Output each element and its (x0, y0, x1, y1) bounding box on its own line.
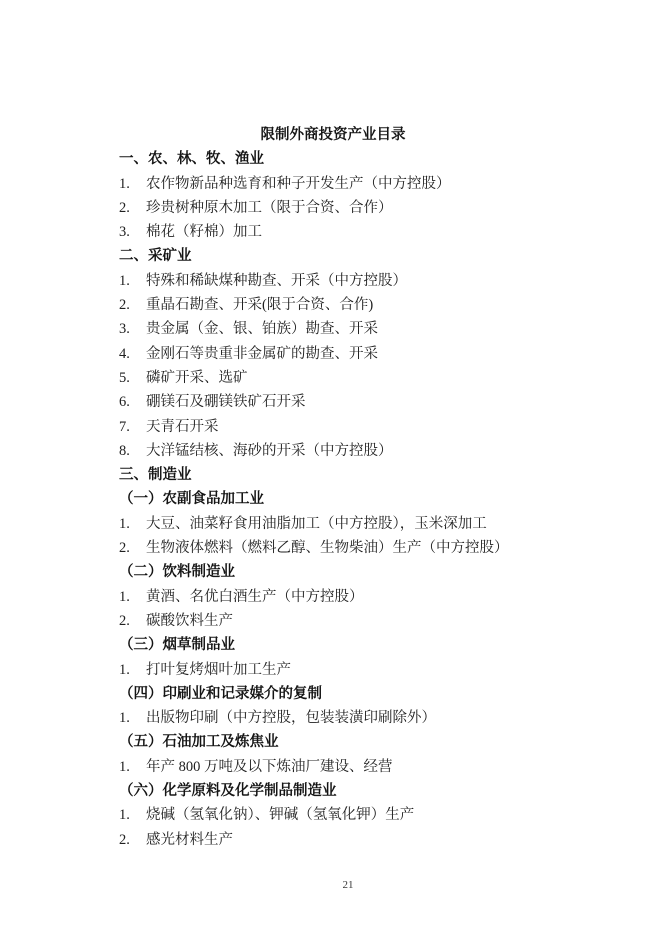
document-title: 限制外商投资产业目录 (119, 123, 547, 147)
list-item-number: 1. (119, 585, 146, 609)
list-item: 2.碳酸饮料生产 (119, 609, 547, 633)
list-item-text: 贵金属（金、银、铂族）勘查、开采 (146, 321, 378, 337)
list-item-text: 硼镁石及硼镁铁矿石开采 (146, 394, 306, 410)
list-item: 1.年产 800 万吨及以下炼油厂建设、经营 (119, 755, 547, 779)
list-item-number: 7. (119, 415, 146, 439)
list-item-number: 5. (119, 366, 146, 390)
list-item-text: 出版物印刷（中方控股，包装装潢印刷除外） (146, 710, 436, 726)
section-heading: 三、制造业 (119, 463, 547, 487)
list-item: 2.感光材料生产 (119, 828, 547, 852)
subsection-heading: （六）化学原料及化学制品制造业 (119, 779, 547, 803)
section-heading: 一、农、林、牧、渔业 (119, 147, 547, 171)
list-item-text: 棉花（籽棉）加工 (146, 224, 262, 240)
list-item-text: 黄酒、名优白酒生产（中方控股） (146, 589, 364, 605)
subsection-heading: （三）烟草制品业 (119, 633, 547, 657)
list-item-number: 1. (119, 658, 146, 682)
document-content: 限制外商投资产业目录 一、农、林、牧、渔业1.农作物新品种选育和种子开发生产（中… (119, 123, 547, 852)
list-item-text: 年产 800 万吨及以下炼油厂建设、经营 (146, 759, 393, 775)
list-item-text: 打叶复烤烟叶加工生产 (146, 662, 291, 678)
list-item-text: 天青石开采 (146, 419, 219, 435)
list-item-number: 2. (119, 609, 146, 633)
list-item-text: 重晶石勘查、开采(限于合资、合作) (146, 297, 373, 313)
list-item: 4.金刚石等贵重非金属矿的勘查、开采 (119, 342, 547, 366)
list-item-number: 2. (119, 293, 146, 317)
list-item-number: 3. (119, 220, 146, 244)
list-item-number: 6. (119, 390, 146, 414)
list-item: 1.大豆、油菜籽食用油脂加工（中方控股），玉米深加工 (119, 512, 547, 536)
list-item: 2.重晶石勘查、开采(限于合资、合作) (119, 293, 547, 317)
list-item-number: 1. (119, 706, 146, 730)
subsection-heading: （五）石油加工及炼焦业 (119, 730, 547, 754)
list-item: 1.特殊和稀缺煤种勘查、开采（中方控股） (119, 269, 547, 293)
list-item-text: 大豆、油菜籽食用油脂加工（中方控股），玉米深加工 (146, 516, 487, 532)
list-item-text: 生物液体燃料（燃料乙醇、生物柴油）生产（中方控股） (146, 540, 509, 556)
list-item-number: 3. (119, 317, 146, 341)
list-item-text: 金刚石等贵重非金属矿的勘查、开采 (146, 346, 378, 362)
list-item: 1.农作物新品种选育和种子开发生产（中方控股） (119, 172, 547, 196)
subsection-heading: （四）印刷业和记录媒介的复制 (119, 682, 547, 706)
list-item-number: 2. (119, 828, 146, 852)
document-page: 限制外商投资产业目录 一、农、林、牧、渔业1.农作物新品种选育和种子开发生产（中… (0, 0, 661, 936)
list-item-text: 磷矿开采、选矿 (146, 370, 248, 386)
list-item: 1.打叶复烤烟叶加工生产 (119, 658, 547, 682)
list-item-number: 1. (119, 755, 146, 779)
page-number: 21 (0, 879, 661, 891)
list-item-number: 1. (119, 269, 146, 293)
list-item-text: 烧碱（氢氧化钠）、钾碱（氢氧化钾）生产 (146, 807, 414, 823)
list-item-number: 8. (119, 439, 146, 463)
list-item-number: 1. (119, 512, 146, 536)
document-body: 一、农、林、牧、渔业1.农作物新品种选育和种子开发生产（中方控股）2.珍贵树种原… (119, 147, 547, 852)
subsection-heading: （二）饮料制造业 (119, 560, 547, 584)
list-item-text: 感光材料生产 (146, 832, 233, 848)
section-heading: 二、采矿业 (119, 244, 547, 268)
list-item: 7.天青石开采 (119, 415, 547, 439)
list-item: 2.珍贵树种原木加工（限于合资、合作） (119, 196, 547, 220)
list-item: 1.烧碱（氢氧化钠）、钾碱（氢氧化钾）生产 (119, 803, 547, 827)
list-item-text: 碳酸饮料生产 (146, 613, 233, 629)
list-item: 5.磷矿开采、选矿 (119, 366, 547, 390)
list-item-number: 2. (119, 196, 146, 220)
list-item-number: 2. (119, 536, 146, 560)
list-item-number: 4. (119, 342, 146, 366)
list-item-number: 1. (119, 172, 146, 196)
list-item-text: 珍贵树种原木加工（限于合资、合作） (146, 200, 393, 216)
list-item: 2.生物液体燃料（燃料乙醇、生物柴油）生产（中方控股） (119, 536, 547, 560)
list-item: 8.大洋锰结核、海砂的开采（中方控股） (119, 439, 547, 463)
subsection-heading: （一）农副食品加工业 (119, 487, 547, 511)
list-item-number: 1. (119, 803, 146, 827)
list-item: 3.棉花（籽棉）加工 (119, 220, 547, 244)
list-item-text: 特殊和稀缺煤种勘查、开采（中方控股） (146, 273, 407, 289)
list-item: 1.出版物印刷（中方控股，包装装潢印刷除外） (119, 706, 547, 730)
list-item: 6.硼镁石及硼镁铁矿石开采 (119, 390, 547, 414)
list-item-text: 大洋锰结核、海砂的开采（中方控股） (146, 443, 393, 459)
list-item-text: 农作物新品种选育和种子开发生产（中方控股） (146, 176, 451, 192)
list-item: 1.黄酒、名优白酒生产（中方控股） (119, 585, 547, 609)
list-item: 3.贵金属（金、银、铂族）勘查、开采 (119, 317, 547, 341)
